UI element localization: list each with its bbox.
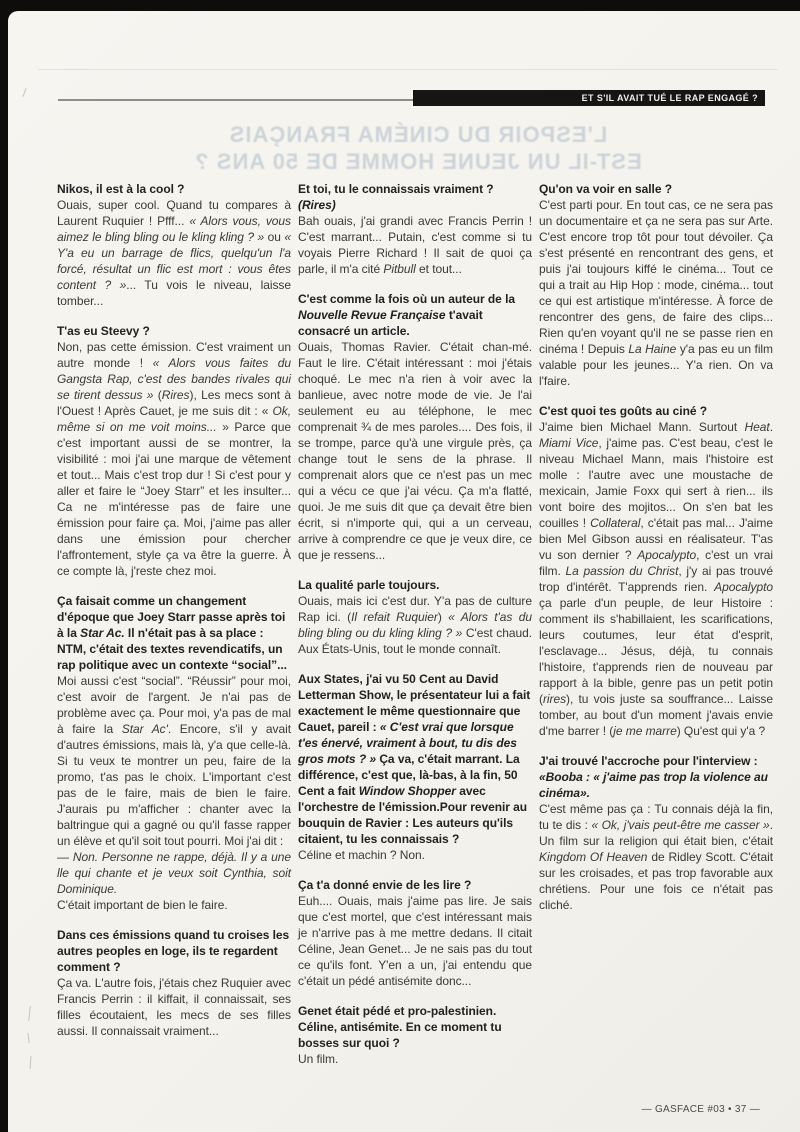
interview-question: Genet était pédé et pro-palestinien. Cél… (298, 1003, 532, 1051)
interview-answer: C'est parti pour. En tout cas, ce ne ser… (539, 197, 773, 389)
text-segment: C'est quoi tes goûts au ciné ? (539, 404, 707, 418)
text-segment: ( (153, 388, 161, 402)
interview-question: C'est comme la fois où un auteur de la N… (298, 291, 532, 339)
text-segment: ou (264, 230, 284, 244)
text-segment: La passion du Christ (566, 564, 679, 578)
text-segment: C'est parti pour. En tout cas, ce ne ser… (539, 198, 773, 356)
interview-answer: Moi aussi c'est “social”. “Réussir” pour… (57, 673, 291, 849)
text-segment: (Rires) (298, 198, 336, 212)
text-segment: rires (543, 692, 566, 706)
text-segment: Pitbull (383, 262, 415, 276)
text-segment: Apocalypto (714, 580, 773, 594)
text-segment: Window Shopper (359, 784, 456, 798)
interview-answer: Ouais, Thomas Ravier. C'était chan-mé. F… (298, 339, 532, 563)
interview-answer: C'est même pas ça : Tu connais déjà la f… (539, 801, 773, 913)
text-segment: ) Qu'est qui y'a ? (677, 724, 765, 738)
text-segment: Ça va. L'autre fois, j'étais chez Ruquie… (57, 976, 291, 1038)
section-title: ET S'IL AVAIT TUÉ LE RAP ENGAGÉ ? (582, 93, 758, 103)
text-segment: Il refait Ruquier (351, 610, 438, 624)
interview-question: Qu'on va voir en salle ? (539, 181, 773, 197)
text-segment: Dans ces émissions quand tu croises les … (57, 928, 289, 974)
article-body: Nikos, il est à la cool ?Ouais, super co… (57, 181, 773, 1067)
text-segment: » Parce que c'est important aussi de se … (57, 420, 291, 578)
interview-question: Nikos, il est à la cool ? (57, 181, 291, 197)
text-segment: Nikos, il est à la cool ? (57, 182, 184, 196)
text-segment: Heat (745, 420, 770, 434)
scan-crease-line (38, 69, 778, 70)
interview-answer: Bah ouais, j'ai grandi avec Francis Perr… (298, 213, 532, 277)
interview-answer: Céline et machin ? Non. (298, 847, 532, 863)
text-segment: Un film. (298, 1052, 338, 1066)
text-segment: ) (438, 610, 448, 624)
interview-question: La qualité parle toujours. (298, 577, 532, 593)
interview-question: J'ai trouvé l'accroche pour l'interview … (539, 753, 773, 801)
interview-question: Dans ces émissions quand tu croises les … (57, 927, 291, 975)
interview-question: Ça faisait comme un changement d'époque … (57, 593, 291, 673)
text-segment: J'ai trouvé l'accroche pour l'interview … (539, 754, 758, 768)
text-segment: «Booba : « j'aime pas trop la violence a… (539, 770, 768, 800)
text-segment: La Haine (628, 342, 676, 356)
article-column: Qu'on va voir en salle ?C'est parti pour… (539, 181, 773, 1067)
interview-question: T'as eu Steevy ? (57, 323, 291, 339)
interview-answer: Ouais, mais ici c'est dur. Y'a pas de cu… (298, 593, 532, 657)
text-segment: ça parle d'un peuple, de leur Histoire :… (539, 596, 773, 706)
text-segment: je me marre (613, 724, 676, 738)
interview-question: Et toi, tu le connaissais vraiment ? (Ri… (298, 181, 532, 213)
text-segment: . Encore, s'il y avait d'autres émission… (57, 722, 291, 848)
text-segment: Star Ac' (122, 722, 168, 736)
text-segment: Nouvelle Revue Française (298, 308, 446, 322)
article-column: Nikos, il est à la cool ?Ouais, super co… (57, 181, 291, 1067)
page-footer: — GASFACE #03 • 37 — (500, 1104, 760, 1115)
text-segment: C'était important de bien le faire. (57, 898, 228, 912)
interview-answer: Euh.... Ouais, mais j'aime pas lire. Je … (298, 893, 532, 989)
text-segment: C'est comme la fois où un auteur de la (298, 292, 515, 306)
interview-answer: Non, pas cette émission. C'est vraiment … (57, 339, 291, 579)
section-header-tab: ET S'IL AVAIT TUÉ LE RAP ENGAGÉ ? (413, 90, 765, 106)
interview-answer: J'aime bien Michael Mann. Surtout Heat. … (539, 419, 773, 739)
text-segment: Genet était pédé et pro-palestinien. Cél… (298, 1004, 502, 1050)
text-segment: Rires (162, 388, 190, 402)
text-segment: « Ok, j'vais peut-être me casser » (591, 818, 769, 832)
text-segment: Qu'on va voir en salle ? (539, 182, 672, 196)
text-segment: — (57, 850, 73, 864)
ghost-headline-line2: EST-IL UN JEUNE HOMME DE 50 ANS ? (48, 148, 788, 175)
text-segment: Miami Vice (539, 436, 598, 450)
text-segment: Non. Personne ne rappe, déjà. Il y a une… (57, 850, 291, 896)
ghost-headline-line1: L'ESPOIR DU CINÉMA FRANÇAIS (48, 121, 788, 148)
ghost-headline: L'ESPOIR DU CINÉMA FRANÇAIS EST-IL UN JE… (48, 121, 788, 175)
text-segment: Céline et machin ? Non. (298, 848, 425, 862)
text-segment: Kingdom Of Heaven (539, 850, 647, 864)
text-segment: Ouais, Thomas Ravier. C'était chan-mé. F… (298, 340, 532, 562)
text-segment: et tout... (416, 262, 462, 276)
interview-answer: C'était important de bien le faire. (57, 897, 291, 913)
interview-answer: Ouais, super cool. Quand tu compares à L… (57, 197, 291, 309)
text-segment: T'as eu Steevy ? (57, 324, 150, 338)
interview-answer: Ça va. L'autre fois, j'étais chez Ruquie… (57, 975, 291, 1039)
text-segment: Apocalypto (637, 548, 696, 562)
header-rule (58, 99, 415, 101)
text-segment: Collateral (590, 516, 640, 530)
interview-question: Ça t'a donné envie de les lire ? (298, 877, 532, 893)
interview-question: Aux States, j'ai vu 50 Cent au David Let… (298, 671, 532, 847)
text-segment: J'aime bien Michael Mann. Surtout (539, 420, 745, 434)
text-segment: Et toi, tu le connaissais vraiment ? (298, 182, 494, 196)
article-column: Et toi, tu le connaissais vraiment ? (Ri… (298, 181, 532, 1067)
text-segment: . (770, 420, 773, 434)
text-segment: Euh.... Ouais, mais j'aime pas lire. Je … (298, 894, 532, 988)
text-segment: Ça t'a donné envie de les lire ? (298, 878, 471, 892)
text-segment: Star Ac. (80, 626, 125, 640)
interview-answer: Un film. (298, 1051, 532, 1067)
interview-question: C'est quoi tes goûts au ciné ? (539, 403, 773, 419)
interview-answer: — Non. Personne ne rappe, déjà. Il y a u… (57, 849, 291, 897)
text-segment: La qualité parle toujours. (298, 578, 439, 592)
